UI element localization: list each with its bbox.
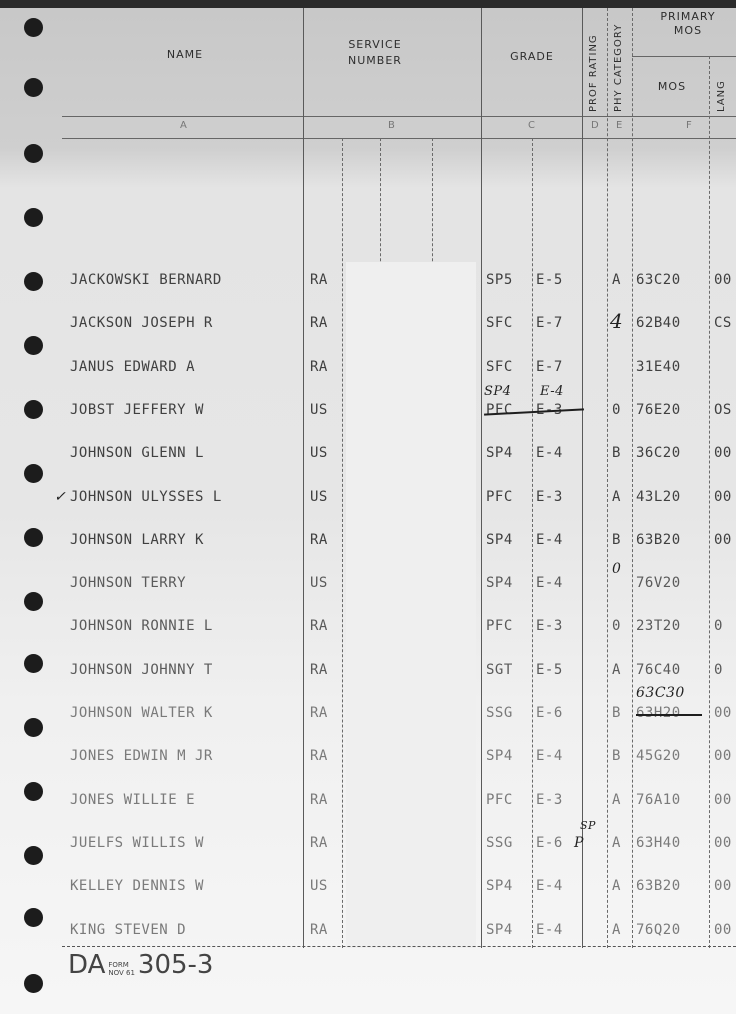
punch-hole	[24, 78, 43, 97]
cell-phy: A	[612, 878, 621, 894]
cell-grade: E-4	[536, 532, 563, 548]
cell-component: RA	[310, 835, 328, 851]
cell-phy: A	[612, 792, 621, 808]
cell-component: RA	[310, 532, 328, 548]
cell-grade: E-4	[536, 748, 563, 764]
cell-phy: A	[612, 922, 621, 938]
table-row: JOBST JEFFERY WUSPFCE-3076E20OSSP4E-4	[0, 402, 736, 426]
header-mos: MOS	[640, 80, 704, 94]
cell-phy: 0	[612, 402, 621, 418]
handwritten-prof-correction: SP	[580, 819, 596, 832]
cell-component: RA	[310, 792, 328, 808]
cell-name: JONES WILLIE E	[70, 792, 195, 808]
cell-rank: PFC	[486, 402, 513, 418]
table-row: JOHNSON RONNIE LRAPFCE-3023T200	[0, 618, 736, 642]
header-service-number-1: SERVICE	[320, 38, 430, 52]
cell-phy: 4	[610, 309, 623, 333]
cell-grade: E-5	[536, 662, 563, 678]
table-row: JACKOWSKI BERNARDRASP5E-5A63C2000	[0, 272, 736, 296]
cell-phy: 0	[612, 618, 621, 634]
cell-mos: 76C40	[636, 662, 681, 678]
header-divider	[62, 116, 736, 117]
table-row: JOHNSON LARRY KRASP4E-4B63B2000	[0, 532, 736, 556]
cell-grade: E-3	[536, 618, 563, 634]
cell-grade: E-6	[536, 705, 563, 721]
cell-name: JOHNSON GLENN L	[70, 445, 204, 461]
header-grade: GRADE	[490, 50, 574, 64]
table-row: JANUS EDWARD ARASFCE-731E40	[0, 359, 736, 383]
cell-lang: 00	[714, 705, 732, 721]
cell-rank: SP4	[486, 878, 513, 894]
cell-lang: 0	[714, 662, 723, 678]
cell-lang: 0	[714, 618, 723, 634]
cell-grade: E-4	[536, 922, 563, 938]
cell-name: JOHNSON LARRY K	[70, 532, 204, 548]
header-divider	[62, 138, 736, 139]
check-mark-icon: ✓	[54, 489, 66, 505]
cell-name: JOHNSON ULYSSES L	[70, 489, 222, 505]
cell-grade: E-4	[536, 575, 563, 591]
cell-name: KING STEVEN D	[70, 922, 186, 938]
cell-mos: 63H20	[636, 705, 681, 721]
cell-lang: CS	[714, 315, 732, 331]
cell-rank: PFC	[486, 489, 513, 505]
cell-component: RA	[310, 618, 328, 634]
table-row: JOHNSON WALTER KRASSGE-6B63H200063C30	[0, 705, 736, 729]
table-row: JOHNSON JOHNNY TRASGTE-5A76C400	[0, 662, 736, 686]
column-letter-e: E	[616, 120, 622, 131]
cell-grade: E-4	[536, 445, 563, 461]
punch-hole	[24, 144, 43, 163]
form-bottom-line	[62, 946, 736, 947]
header-service-number-2: NUMBER	[320, 54, 430, 68]
cell-name: JACKSON JOSEPH R	[70, 315, 213, 331]
cell-mos: 63B20	[636, 878, 681, 894]
cell-mos: 31E40	[636, 359, 681, 375]
header-prof-rating: PROF RATING	[588, 34, 599, 112]
table-row: KING STEVEN DRASP4E-4A76Q2000	[0, 922, 736, 946]
cell-mos: 76Q20	[636, 922, 681, 938]
cell-component: US	[310, 402, 328, 418]
cell-mos: 43L20	[636, 489, 681, 505]
cell-rank: SGT	[486, 662, 513, 678]
cell-lang: 00	[714, 445, 732, 461]
table-row: JACKSON JOSEPH RRASFCE-7462B40CS	[0, 315, 736, 339]
cell-component: RA	[310, 272, 328, 288]
cell-lang: 00	[714, 878, 732, 894]
cell-grade: E-3	[536, 792, 563, 808]
cell-component: US	[310, 575, 328, 591]
column-letter-d: D	[591, 120, 599, 131]
table-row: KELLEY DENNIS WUSSP4E-4A63B2000	[0, 878, 736, 902]
table-row: JONES EDWIN M JRRASP4E-4B45G2000	[0, 748, 736, 772]
cell-name: JANUS EDWARD A	[70, 359, 195, 375]
cell-name: JOHNSON TERRY	[70, 575, 186, 591]
punch-hole	[24, 974, 43, 993]
cell-mos: 36C20	[636, 445, 681, 461]
cell-component: US	[310, 445, 328, 461]
cell-mos: 63H40	[636, 835, 681, 851]
cell-rank: PFC	[486, 792, 513, 808]
cell-phy: B	[612, 532, 621, 548]
cell-component: RA	[310, 705, 328, 721]
form-label: FORM	[108, 961, 128, 969]
cell-lang: 00	[714, 748, 732, 764]
handwritten-grade-correction: E-4	[540, 384, 564, 399]
cell-component: RA	[310, 922, 328, 938]
cell-lang: 00	[714, 792, 732, 808]
cell-rank: PFC	[486, 618, 513, 634]
cell-rank: SP4	[486, 445, 513, 461]
cell-mos: 76V20	[636, 575, 681, 591]
cell-component: RA	[310, 662, 328, 678]
cell-rank: SP5	[486, 272, 513, 288]
cell-component: RA	[310, 359, 328, 375]
handwritten-rank-correction: SP4	[484, 384, 511, 399]
table-row: JONES WILLIE ERAPFCE-3A76A1000	[0, 792, 736, 816]
cell-phy: B	[612, 748, 621, 764]
column-letter-f: F	[686, 120, 692, 131]
header-name: NAME	[140, 48, 230, 62]
table-row: JOHNSON GLENN LUSSP4E-4B36C2000	[0, 445, 736, 469]
cell-rank: SFC	[486, 315, 513, 331]
cell-grade: E-5	[536, 272, 563, 288]
cell-component: US	[310, 878, 328, 894]
header-phy-category: PHY CATEGORY	[613, 24, 624, 112]
cell-lang: 00	[714, 532, 732, 548]
form-number: 305-3	[138, 950, 214, 980]
cell-phy: A	[612, 272, 621, 288]
cell-grade: E-6	[536, 835, 563, 851]
form-identifier: DAFORMNOV 61305-3	[68, 950, 213, 980]
form-prefix: DA	[68, 950, 105, 980]
cell-name: KELLEY DENNIS W	[70, 878, 204, 894]
cell-lang: 00	[714, 272, 732, 288]
cell-mos: 63B20	[636, 532, 681, 548]
cell-rank: SSG	[486, 835, 513, 851]
cell-component: RA	[310, 315, 328, 331]
punch-hole	[24, 18, 43, 37]
cell-phy: B	[612, 445, 621, 461]
cell-prof: P	[574, 835, 584, 851]
column-letter-a: A	[180, 120, 187, 131]
form-date: NOV 61	[108, 969, 135, 977]
cell-mos: 23T20	[636, 618, 681, 634]
cell-rank: SP4	[486, 575, 513, 591]
cell-phy: A	[612, 835, 621, 851]
cell-grade: E-3	[536, 489, 563, 505]
primary-mos-divider	[632, 56, 736, 57]
header-lang: LANG	[716, 80, 727, 112]
cell-rank: SSG	[486, 705, 513, 721]
cell-mos: 76A10	[636, 792, 681, 808]
cell-rank: SFC	[486, 359, 513, 375]
cell-mos: 76E20	[636, 402, 681, 418]
cell-mos: 62B40	[636, 315, 681, 331]
punch-hole	[24, 208, 43, 227]
cell-phy: A	[612, 662, 621, 678]
cell-mos: 45G20	[636, 748, 681, 764]
strikethrough	[636, 714, 702, 716]
handwritten-mos-correction: 63C30	[636, 685, 685, 701]
cell-name: JUELFS WILLIS W	[70, 835, 204, 851]
header-primary-mos-1: PRIMARY	[640, 10, 736, 24]
cell-phy: 0	[612, 561, 621, 577]
cell-name: JOHNSON RONNIE L	[70, 618, 213, 634]
cell-component: RA	[310, 748, 328, 764]
cell-name: JONES EDWIN M JR	[70, 748, 213, 764]
cell-name: JOBST JEFFERY W	[70, 402, 204, 418]
cell-name: JOHNSON WALTER K	[70, 705, 213, 721]
cell-mos: 63C20	[636, 272, 681, 288]
cell-rank: SP4	[486, 922, 513, 938]
cell-grade: E-7	[536, 315, 563, 331]
cell-rank: SP4	[486, 748, 513, 764]
cell-lang: 00	[714, 835, 732, 851]
cell-name: JACKOWSKI BERNARD	[70, 272, 222, 288]
cell-phy: B	[612, 705, 621, 721]
table-row: JOHNSON ULYSSES LUSPFCE-3A43L2000✓	[0, 489, 736, 513]
cell-grade: E-7	[536, 359, 563, 375]
header-primary-mos-2: MOS	[640, 24, 736, 38]
cell-lang: 00	[714, 922, 732, 938]
cell-grade: E-4	[536, 878, 563, 894]
table-row: JOHNSON TERRYUSSP4E-4076V20	[0, 575, 736, 599]
column-letter-c: C	[528, 120, 535, 131]
cell-name: JOHNSON JOHNNY T	[70, 662, 213, 678]
cell-phy: A	[612, 489, 621, 505]
table-row: JUELFS WILLIS WRASSGE-6PA63H4000SP	[0, 835, 736, 859]
column-letter-b: B	[388, 120, 395, 131]
cell-rank: SP4	[486, 532, 513, 548]
form-meta: FORMNOV 61	[108, 961, 135, 977]
cell-component: US	[310, 489, 328, 505]
cell-lang: 00	[714, 489, 732, 505]
cell-lang: OS	[714, 402, 732, 418]
